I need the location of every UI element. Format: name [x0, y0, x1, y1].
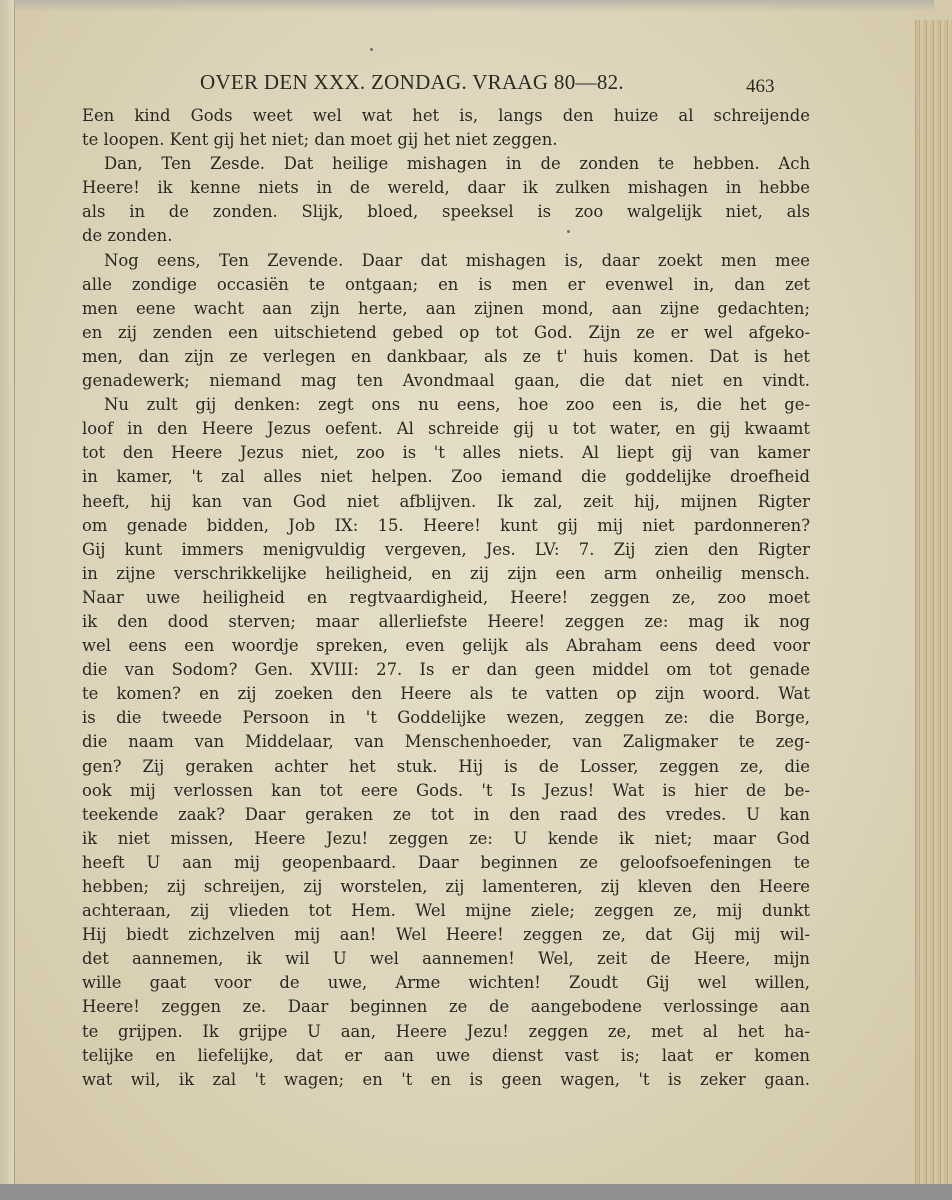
- text-line: hebben; zij schreijen, zij worstelen, zi…: [82, 875, 810, 899]
- text-line: Dan, Ten Zesde. Dat heilige mishagen in …: [82, 152, 810, 176]
- text-line: Een kind Gods weet wel wat het is, langs…: [82, 104, 810, 128]
- paragraph-3: Nog eens, Ten Zevende. Daar dat mishagen…: [82, 249, 810, 394]
- text-line: die naam van Middelaar, van Menschenhoed…: [82, 730, 810, 754]
- text-line: te loopen. Kent gij het niet; dan moet g…: [82, 128, 810, 152]
- text-line: men, dan zijn ze verlegen en dankbaar, a…: [82, 345, 810, 369]
- text-line: wat wil, ik zal 't wagen; en 't en is ge…: [82, 1068, 810, 1092]
- text-line: loof in den Heere Jezus oefent. Al schre…: [82, 417, 810, 441]
- text-line: Nog eens, Ten Zevende. Daar dat mishagen…: [82, 249, 810, 273]
- text-line: de zonden.: [82, 224, 810, 248]
- text-line: in zijne verschrikkelijke heiligheid, en…: [82, 562, 810, 586]
- running-head: OVER DEN XXX. ZONDAG. VRAAG 80—82.: [200, 70, 780, 95]
- text-line: telijke en liefelijke, dat er aan uwe di…: [82, 1044, 810, 1068]
- text-line: Heere! zeggen ze. Daar beginnen ze de aa…: [82, 995, 810, 1019]
- text-line: teekende zaak? Daar geraken ze tot in de…: [82, 803, 810, 827]
- text-line: Heere! ik kenne niets in de wereld, daar…: [82, 176, 810, 200]
- text-line: ik niet missen, Heere Jezu! zeggen ze: U…: [82, 827, 810, 851]
- text-line: heeft U aan mij geopenbaard. Daar beginn…: [82, 851, 810, 875]
- text-line: in kamer, 't zal alles niet helpen. Zoo …: [82, 465, 810, 489]
- paragraph-1: Een kind Gods weet wel wat het is, langs…: [82, 104, 810, 152]
- text-line: te komen? en zij zoeken den Heere als te…: [82, 682, 810, 706]
- text-line: te grijpen. Ik grijpe U aan, Heere Jezu!…: [82, 1020, 810, 1044]
- facing-page-edge: [0, 0, 15, 1184]
- text-line: genadewerk; niemand mag ten Avondmaal ga…: [82, 369, 810, 393]
- text-line: Gij kunt immers menigvuldig vergeven, Je…: [82, 538, 810, 562]
- text-line: heeft, hij kan van God niet afblijven. I…: [82, 490, 810, 514]
- text-line: Nu zult gij denken: zegt ons nu eens, ho…: [82, 393, 810, 417]
- text-line: wille gaat voor de uwe, Arme wichten! Zo…: [82, 971, 810, 995]
- text-line: die van Sodom? Gen. XVIII: 27. Is er dan…: [82, 658, 810, 682]
- paper-speck: [370, 48, 373, 51]
- text-line: det aannemen, ik wil U wel aannemen! Wel…: [82, 947, 810, 971]
- text-line: is die tweede Persoon in 't Goddelijke w…: [82, 706, 810, 730]
- page-number: 463: [746, 76, 775, 98]
- text-line: achteraan, zij vlieden tot Hem. Wel mijn…: [82, 899, 810, 923]
- body-text: Een kind Gods weet wel wat het is, langs…: [82, 104, 810, 1092]
- paragraph-2: Dan, Ten Zesde. Dat heilige mishagen in …: [82, 152, 810, 248]
- text-line: ik den dood sterven; maar allerliefste H…: [82, 610, 810, 634]
- text-line: gen? Zij geraken achter het stuk. Hij is…: [82, 755, 810, 779]
- page-stack-edges: [915, 20, 952, 1184]
- text-line: als in de zonden. Slijk, bloed, speeksel…: [82, 200, 810, 224]
- text-line: wel eens een woordje spreken, even gelij…: [82, 634, 810, 658]
- text-line: tot den Heere Jezus niet, zoo is 't alle…: [82, 441, 810, 465]
- text-line: ook mij verlossen kan tot eere Gods. 't …: [82, 779, 810, 803]
- paper-speck: [567, 230, 570, 233]
- book-page: OVER DEN XXX. ZONDAG. VRAAG 80—82. 463 E…: [0, 0, 952, 1184]
- page-top-shadow: [14, 0, 934, 12]
- text-line: Naar uwe heiligheid en regtvaardigheid, …: [82, 586, 810, 610]
- text-line: alle zondige occasiën te ontgaan; en is …: [82, 273, 810, 297]
- text-line: Hij biedt zichzelven mij aan! Wel Heere!…: [82, 923, 810, 947]
- text-line: men eene wacht aan zijn herte, aan zijne…: [82, 297, 810, 321]
- paragraph-4: Nu zult gij denken: zegt ons nu eens, ho…: [82, 393, 810, 1092]
- text-line: en zij zenden een uitschietend gebed op …: [82, 321, 810, 345]
- text-line: om genade bidden, Job IX: 15. Heere! kun…: [82, 514, 810, 538]
